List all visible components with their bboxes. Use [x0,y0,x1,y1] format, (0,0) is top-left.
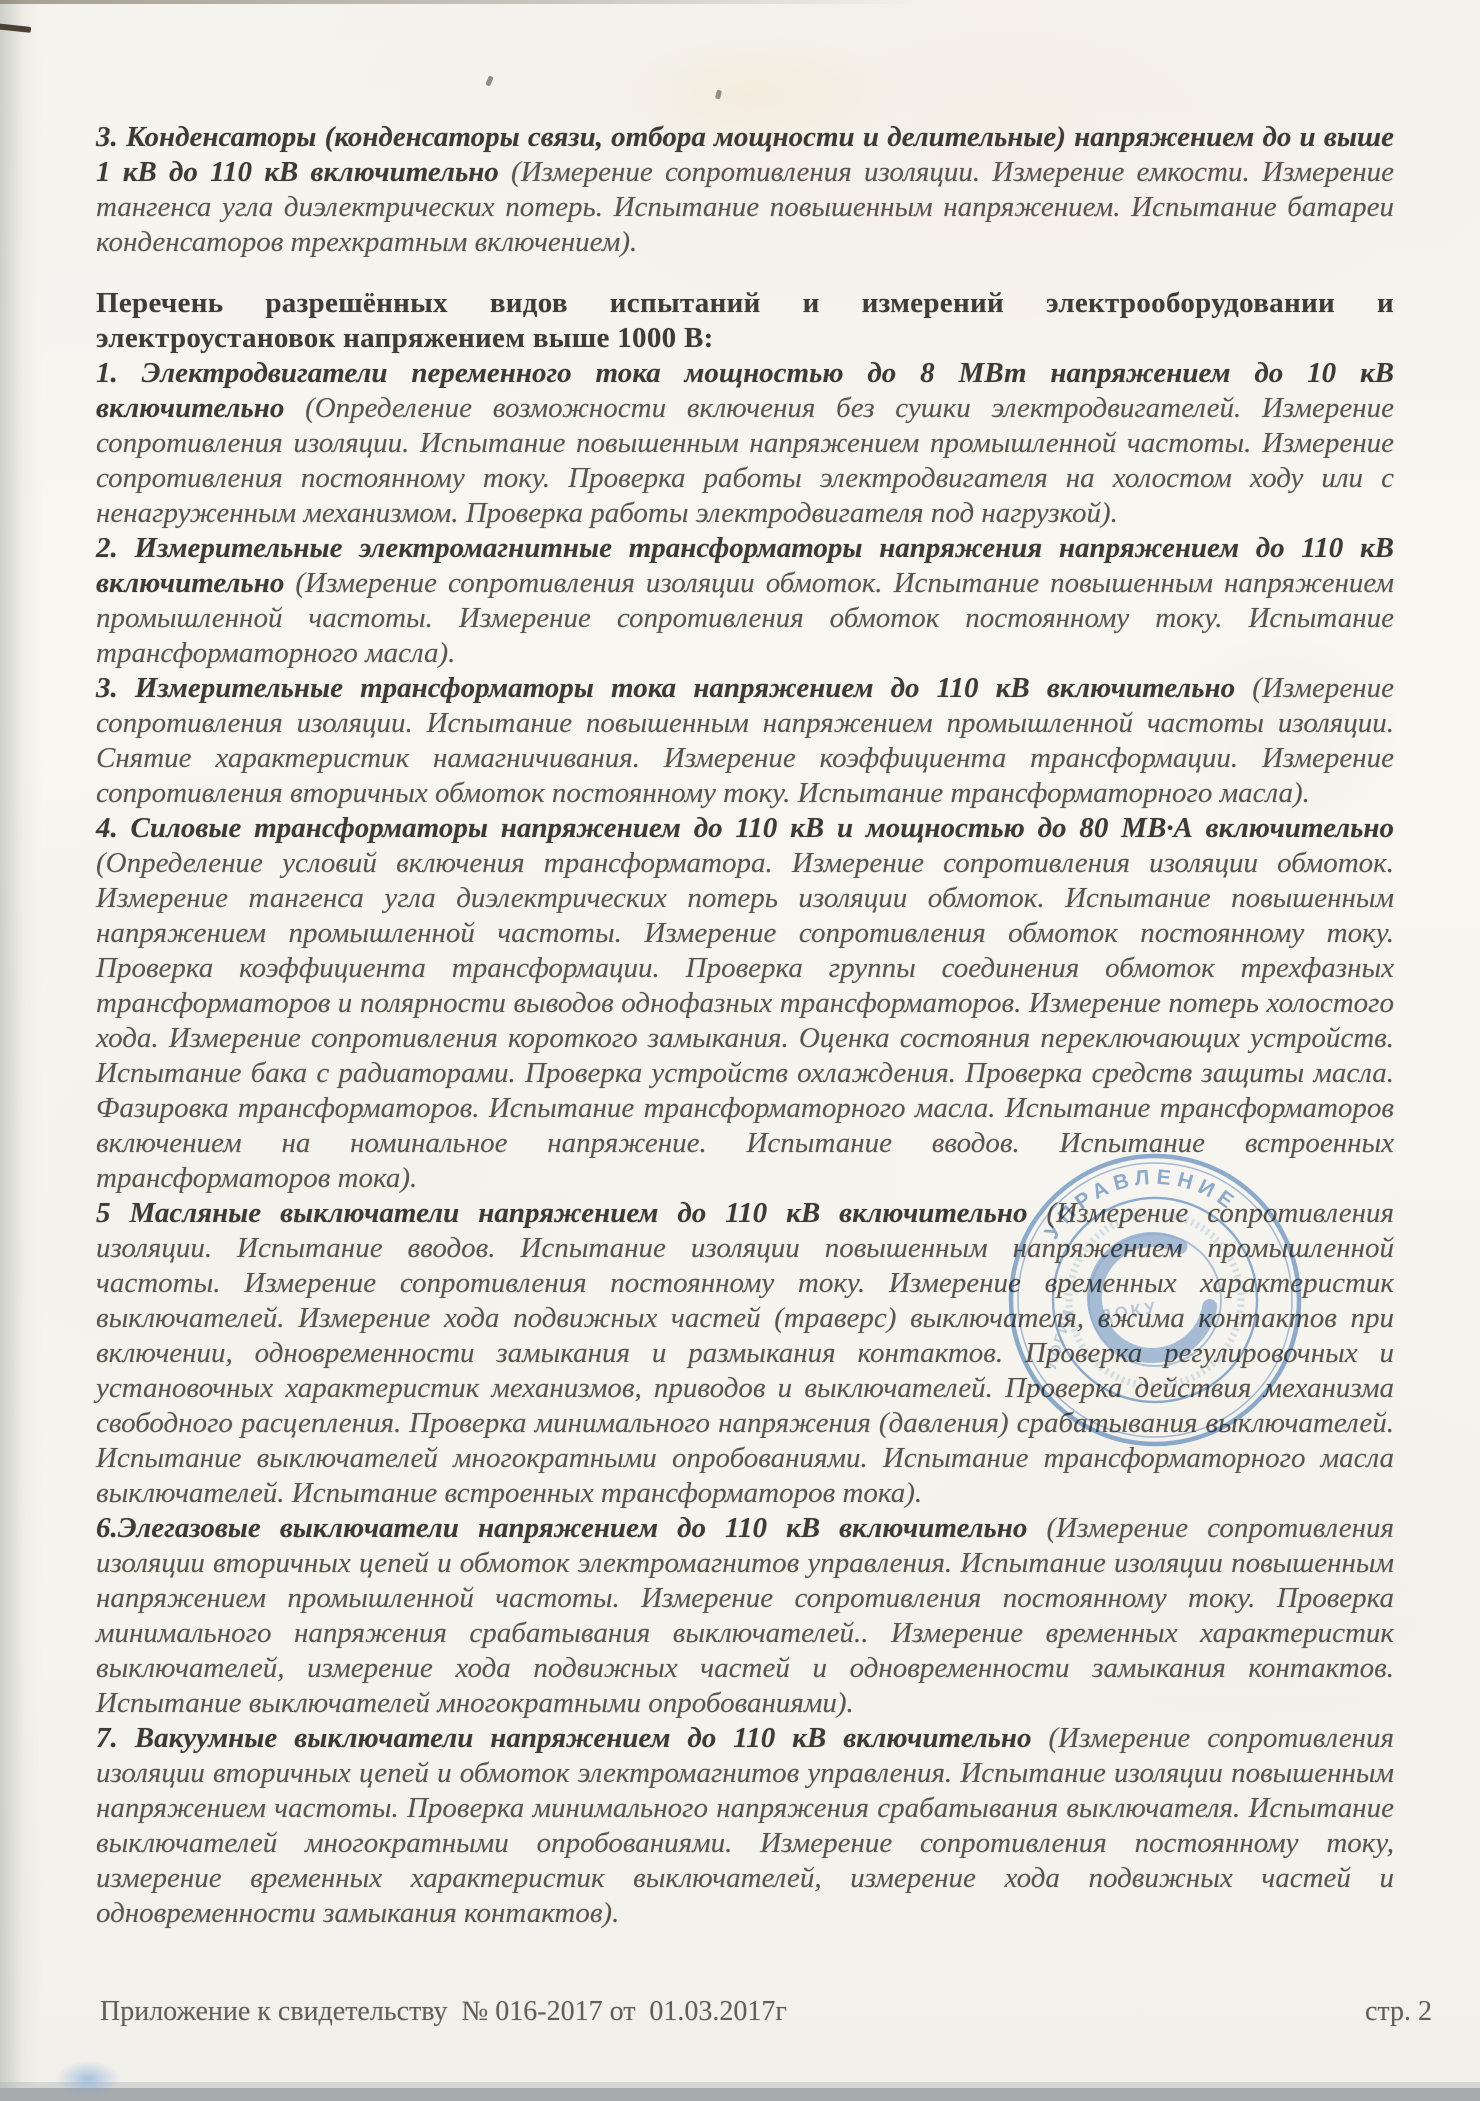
scanned-document-page: 3. Конденсаторы (конденсаторы связи, отб… [0,0,1480,2101]
list-item-6-sf6-breakers: 6.Элегазовые выключатели напряжением до … [96,1511,1394,1721]
item-2-body: (Измерение сопротивления изоляции обмото… [96,567,1394,669]
item-5-title: 5 Масляные выключатели напряжением до 11… [96,1197,1028,1229]
scan-artifact-bottom-edge [0,2088,1480,2101]
list-item-5-oil-breakers: 5 Масляные выключатели напряжением до 11… [96,1196,1394,1511]
scan-artifact-left-edge [0,0,42,2101]
item-3-title: 3. Измерительные трансформаторы тока нап… [96,672,1235,704]
page-footer: Приложение к свидетельству № 016-2017 от… [100,1996,1432,2028]
item-5-body: (Измерение сопротивления изоляции. Испыт… [96,1197,1394,1509]
footer-page-number: стр. 2 [1365,1996,1432,2028]
scan-artifact-top-edge [0,0,920,4]
footer-reference: Приложение к свидетельству № 016-2017 от… [100,1996,787,2028]
paragraph-capacitors: 3. Конденсаторы (конденсаторы связи, отб… [96,120,1394,260]
item-1-body: (Определение возможности включения без с… [96,392,1394,529]
scan-artifact-blue-smudge [56,2061,120,2097]
list-item-2-voltage-transformers: 2. Измерительные электромагнитные трансф… [96,531,1394,671]
list-item-1-electric-motors: 1. Электродвигатели переменного тока мощ… [96,356,1394,531]
list-item-4-power-transformers: 4. Силовые трансформаторы напряжением до… [96,811,1394,1196]
item-4-body: (Определение условий включения трансформ… [96,847,1394,1194]
item-4-title: 4. Силовые трансформаторы напряжением до… [96,812,1394,844]
list-item-3-current-transformers: 3. Измерительные трансформаторы тока нап… [96,671,1394,811]
item-6-title: 6.Элегазовые выключатели напряжением до … [96,1512,1027,1544]
document-body: 3. Конденсаторы (конденсаторы связи, отб… [96,120,1394,1931]
scan-artifact-speck [715,90,722,100]
section-heading: Перечень разрешённых видов испытаний и и… [96,286,1394,356]
list-item-7-vacuum-breakers: 7. Вакуумные выключатели напряжением до … [96,1721,1394,1931]
item-7-title: 7. Вакуумные выключатели напряжением до … [96,1722,1032,1754]
scan-artifact-speck [485,75,493,86]
